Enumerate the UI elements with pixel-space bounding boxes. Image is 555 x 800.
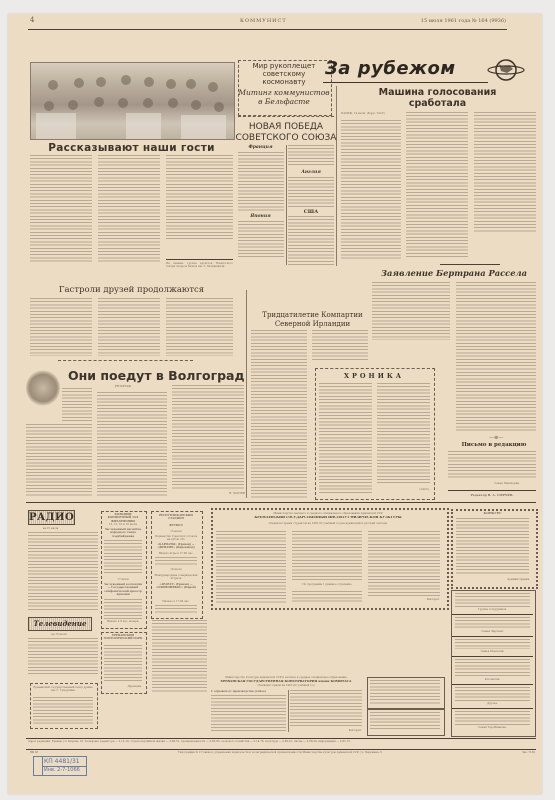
conservatory-text-col-1 [211,695,286,733]
masthead: 4 КОММУНИСТ 15 июля 1961 года № 164 (993… [30,16,506,28]
order-number: Зак. 7136 [500,751,535,755]
group-photo-figures [31,63,234,139]
volgograd-text-col-1-top [62,388,92,422]
zoo-park-title-2: ЗООЛОГИЧЕСКИЙ ПАРК [103,637,143,640]
condolence-1-signoff: Группа сотрудников. [455,608,530,612]
victory-section-usa: США [288,209,334,215]
russell-text-tail [456,372,536,432]
conservatory-subtitle: объявляет прием на 1961-62 учебный год [211,684,361,688]
zoo-park-signoff: Дирекция. [110,685,142,689]
volgograd-author: В. ЧАТОЯН [205,492,245,497]
tour-text-col-1 [30,298,92,356]
radio-title: РАДИО [28,510,75,525]
conservatory-signoff: Ректорат. [330,729,362,733]
concert-hall-date2: 17 июля [103,578,143,582]
russell-headline: Заявление Бертрана Рассела [370,268,538,278]
masthead-rule [28,29,507,30]
victory-text-japan [238,221,284,259]
contest-signoff: Администрация. [480,578,530,582]
condolence-6-text [455,711,530,725]
guests-headline: Рассказывают наши гости [30,142,233,154]
stamp-line-2: Инв. 2-7-1066 [44,767,80,774]
victory-section-france: Франция [238,145,283,150]
concert-hall-text [104,540,142,574]
issue-date: 15 июля 1961 года № 164 (9936) [421,18,506,24]
divider-rule [440,264,500,265]
voting-headline-1: Машина голосования [340,87,535,98]
theatre-text: Ереванский государственный театр драмы и… [32,686,94,696]
stadium-text2 [155,605,197,613]
concert-hall-start: Начало в 9 час. вечера. [103,620,143,624]
victory-text-england [288,177,334,207]
ireland-text-col-1 [251,330,307,498]
tour-headline: Гастроли друзей продолжаются [30,285,233,295]
russell-text-col-1 [372,282,450,340]
divider [238,116,334,117]
condolence-4-text [455,659,530,677]
group-photo [30,62,235,140]
divider-rule [452,656,533,657]
concert-hall-event2: Заслуженный коллектив — Государственный … [103,583,143,597]
stadium-start1: Начало игры в 17.00 час. [153,552,199,556]
editor-label: Редактор В. А. СМРЧЕВ. [448,494,536,499]
concert-hall-program: Заслуженный ансамбль народного танца Азе… [103,528,143,538]
conservatory-text-col-2 [290,690,362,728]
small-ads-text [152,620,207,692]
condolence-5-text [455,687,530,701]
letter-headline: Письмо в редакцию [446,442,542,448]
volgograd-emblem-icon [26,370,60,406]
theatre-details [33,697,93,724]
voting-text-col-1 [341,120,401,260]
divider-rule [448,490,536,491]
voting-dateline: ПАРИЖ, 14 июля. (Корр. ТАСС) [341,112,401,120]
russell-text-col-2 [456,282,536,370]
voting-headline-2: сработала [340,98,535,109]
abroad-banner-title: За рубежом [325,58,456,79]
chronicle-headline: ХРОНИКА [316,372,432,380]
volgograd-text-col-1 [26,424,92,496]
column-divider [336,86,337,266]
condolence-text [370,680,440,704]
ireland-headline-1: Тридцатилетие Компартии [250,311,375,320]
victory-text-usa [288,216,334,266]
ireland-headline-2: Северной Ирландии [250,320,375,329]
concert-hall-dates: 13, 15, 16 и 18 июля [103,523,143,527]
condolence-3-text [455,639,530,649]
ornament: —⊕— [456,435,536,441]
tv-schedule [28,638,98,676]
page-number: 4 [30,16,34,24]
stadium-text1 [155,557,197,565]
condolence-6-signoff: Семья Тер-Минасян. [455,726,530,730]
zoo-park-text [104,645,142,683]
issue-code: ВФ 03 [30,751,50,755]
column-divider [286,145,287,265]
guests-text-col-2 [98,155,160,263]
voting-headline: Машина голосования сработала [340,87,535,109]
stadium-event2: Международная товарищеская встреча [153,574,199,581]
tv-title: Телевидение [28,617,92,631]
stadium-match1: «КАРПАТЫ» (Ереван) — «ДИНАМО» (Кировабад… [153,543,199,550]
stadium-title-2: СТАДИОН [153,517,199,520]
concert-hall-title: БОЛЬШОЙ КОНЦЕРТНЫЙ ЗАЛ ФИЛАРМОНИИ [103,513,143,522]
divider-rule [452,684,533,685]
condolence-4-signoff: Коллектив. [455,678,530,682]
condolence-3-signoff: Семья Мовсесян. [455,650,530,654]
newspaper-name: КОММУНИСТ [240,18,287,24]
voting-text-col-2 [406,112,468,257]
stadium-title: РЕСПУБЛИКАНСКИЙ СТАДИОН [153,514,199,523]
institute-text-col-2 [292,531,362,581]
radio-schedule [28,532,98,610]
institute-title: КРЕМЛЕВСКИЙ ГОСУДАРСТВЕННЫЙ ИНСТИТУТ ФИЗ… [220,516,436,521]
divider-rule [452,708,533,709]
zoo-park-title: ЕРЕВАНСКИЙ ЗООЛОГИЧЕСКИЙ ПАРК [103,634,143,643]
ireland-text-col-2 [312,330,368,360]
condolence-2-signoff: Семья Чарчоян. [455,630,530,634]
concert-hall-title-2: ФИЛАРМОНИИ [103,520,143,522]
institute-text-col-3 [368,531,440,597]
stadium-sport: ФУТБОЛ [153,524,199,528]
institute-subtitle: объявляет прием студентов на 1961-62 уче… [220,522,436,530]
ireland-headline: Тридцатилетие Компартии Северной Ирланди… [250,311,375,328]
stamp-side-cell [34,757,43,775]
footer-address: Адрес редакции: Ереван, ул. Кирова, 16. … [28,740,534,748]
volgograd-headline: Они поедут в Волгоград [68,368,248,383]
stadium-date1: 15 июля [153,530,199,534]
voting-text-col-3 [474,112,536,232]
letter-signature: Семья Папикорян. [470,482,520,487]
contest-title: КОНКУРС [453,512,532,516]
condolence-1-text [455,593,530,607]
stadium-event1: Первенство Советского Союза на кубок «Б» [153,535,199,542]
tv-date: на 15 июля [28,633,90,637]
museum-inventory-stamp: КП 4481/31 Инв. 2-7-1066 [33,756,87,776]
victory-section-japan: Япония [238,214,283,219]
column-divider [246,290,247,498]
institute-text-col-1 [216,531,286,603]
chronicle-text-col-1 [319,383,372,493]
volgograd-text-col-3 [172,385,244,489]
section-divider [58,360,193,361]
condolence-text [370,712,440,730]
footer-rule [26,749,536,750]
condolence-5-signoff: Друзья. [455,702,530,706]
column-divider [288,690,289,732]
stadium-match2: «АРАРАТ» (Ереван) — «ОЛИМПИЯКОС» (Пирей) [153,583,199,590]
letter-text [448,451,536,479]
tour-text-col-2 [98,298,160,356]
victory-headline-2: СОВЕТСКОГО СОЮЗА [234,133,338,144]
conservatory-section: С отрывом от производства (очное) [211,690,286,694]
chronicle-source: (ТАСС). [400,488,430,493]
institute-section: По программе 1 дневное отделение [292,583,362,590]
globe-icon [487,58,525,82]
stadium-start2: Начало в 17.00 час. [153,600,199,604]
guests-text-col-1 [30,155,92,263]
divider-rule [452,614,533,615]
radio-date: на 15 июля [28,527,73,531]
banner-underline [323,82,488,83]
victory-headline: НОВАЯ ПОБЕДА СОВЕТСКОГО СОЮЗА [234,122,338,143]
cosmonaut-subhead-1: Митинг коммунистов [234,88,334,97]
victory-text-france [238,152,284,212]
concert-hall-title-1: БОЛЬШОЙ КОНЦЕРТНЫЙ ЗАЛ [103,513,143,520]
contest-text [456,518,529,574]
footer-rule [26,738,536,739]
section-rule [26,502,536,503]
guests-photo-caption: На снимке: группа артистов Тбилисского т… [166,262,233,274]
volgograd-rubric: РЕПОРТАЖ [98,385,148,390]
cosmonaut-subhead-2: в Бельфасте [234,97,334,106]
victory-section-england: Англия [288,170,334,175]
tour-text-col-3 [166,298,233,356]
cosmonaut-subhead: Митинг коммунистов в Бельфасте [234,88,334,106]
abroad-banner: За рубежом [315,58,535,84]
stamp-line-1: КП 4481/31 [44,758,80,766]
guests-text-col-3 [166,155,233,239]
institute-text-col-2b [292,591,362,603]
institute-signoff: Ректорат. [400,598,440,602]
divider-rule [452,636,533,637]
caption-rule [166,259,233,260]
victory-text-col2a [288,145,334,167]
victory-headline-1: НОВАЯ ПОБЕДА [234,122,338,133]
condolence-2-text [455,617,530,629]
concert-hall-text2 [104,599,142,619]
volgograd-text-col-2 [97,392,167,496]
chronicle-text-col-2 [377,383,430,483]
printer-info: Типография № 2 Главного управления издат… [130,751,430,755]
stadium-date2: 16 июля [153,568,199,572]
